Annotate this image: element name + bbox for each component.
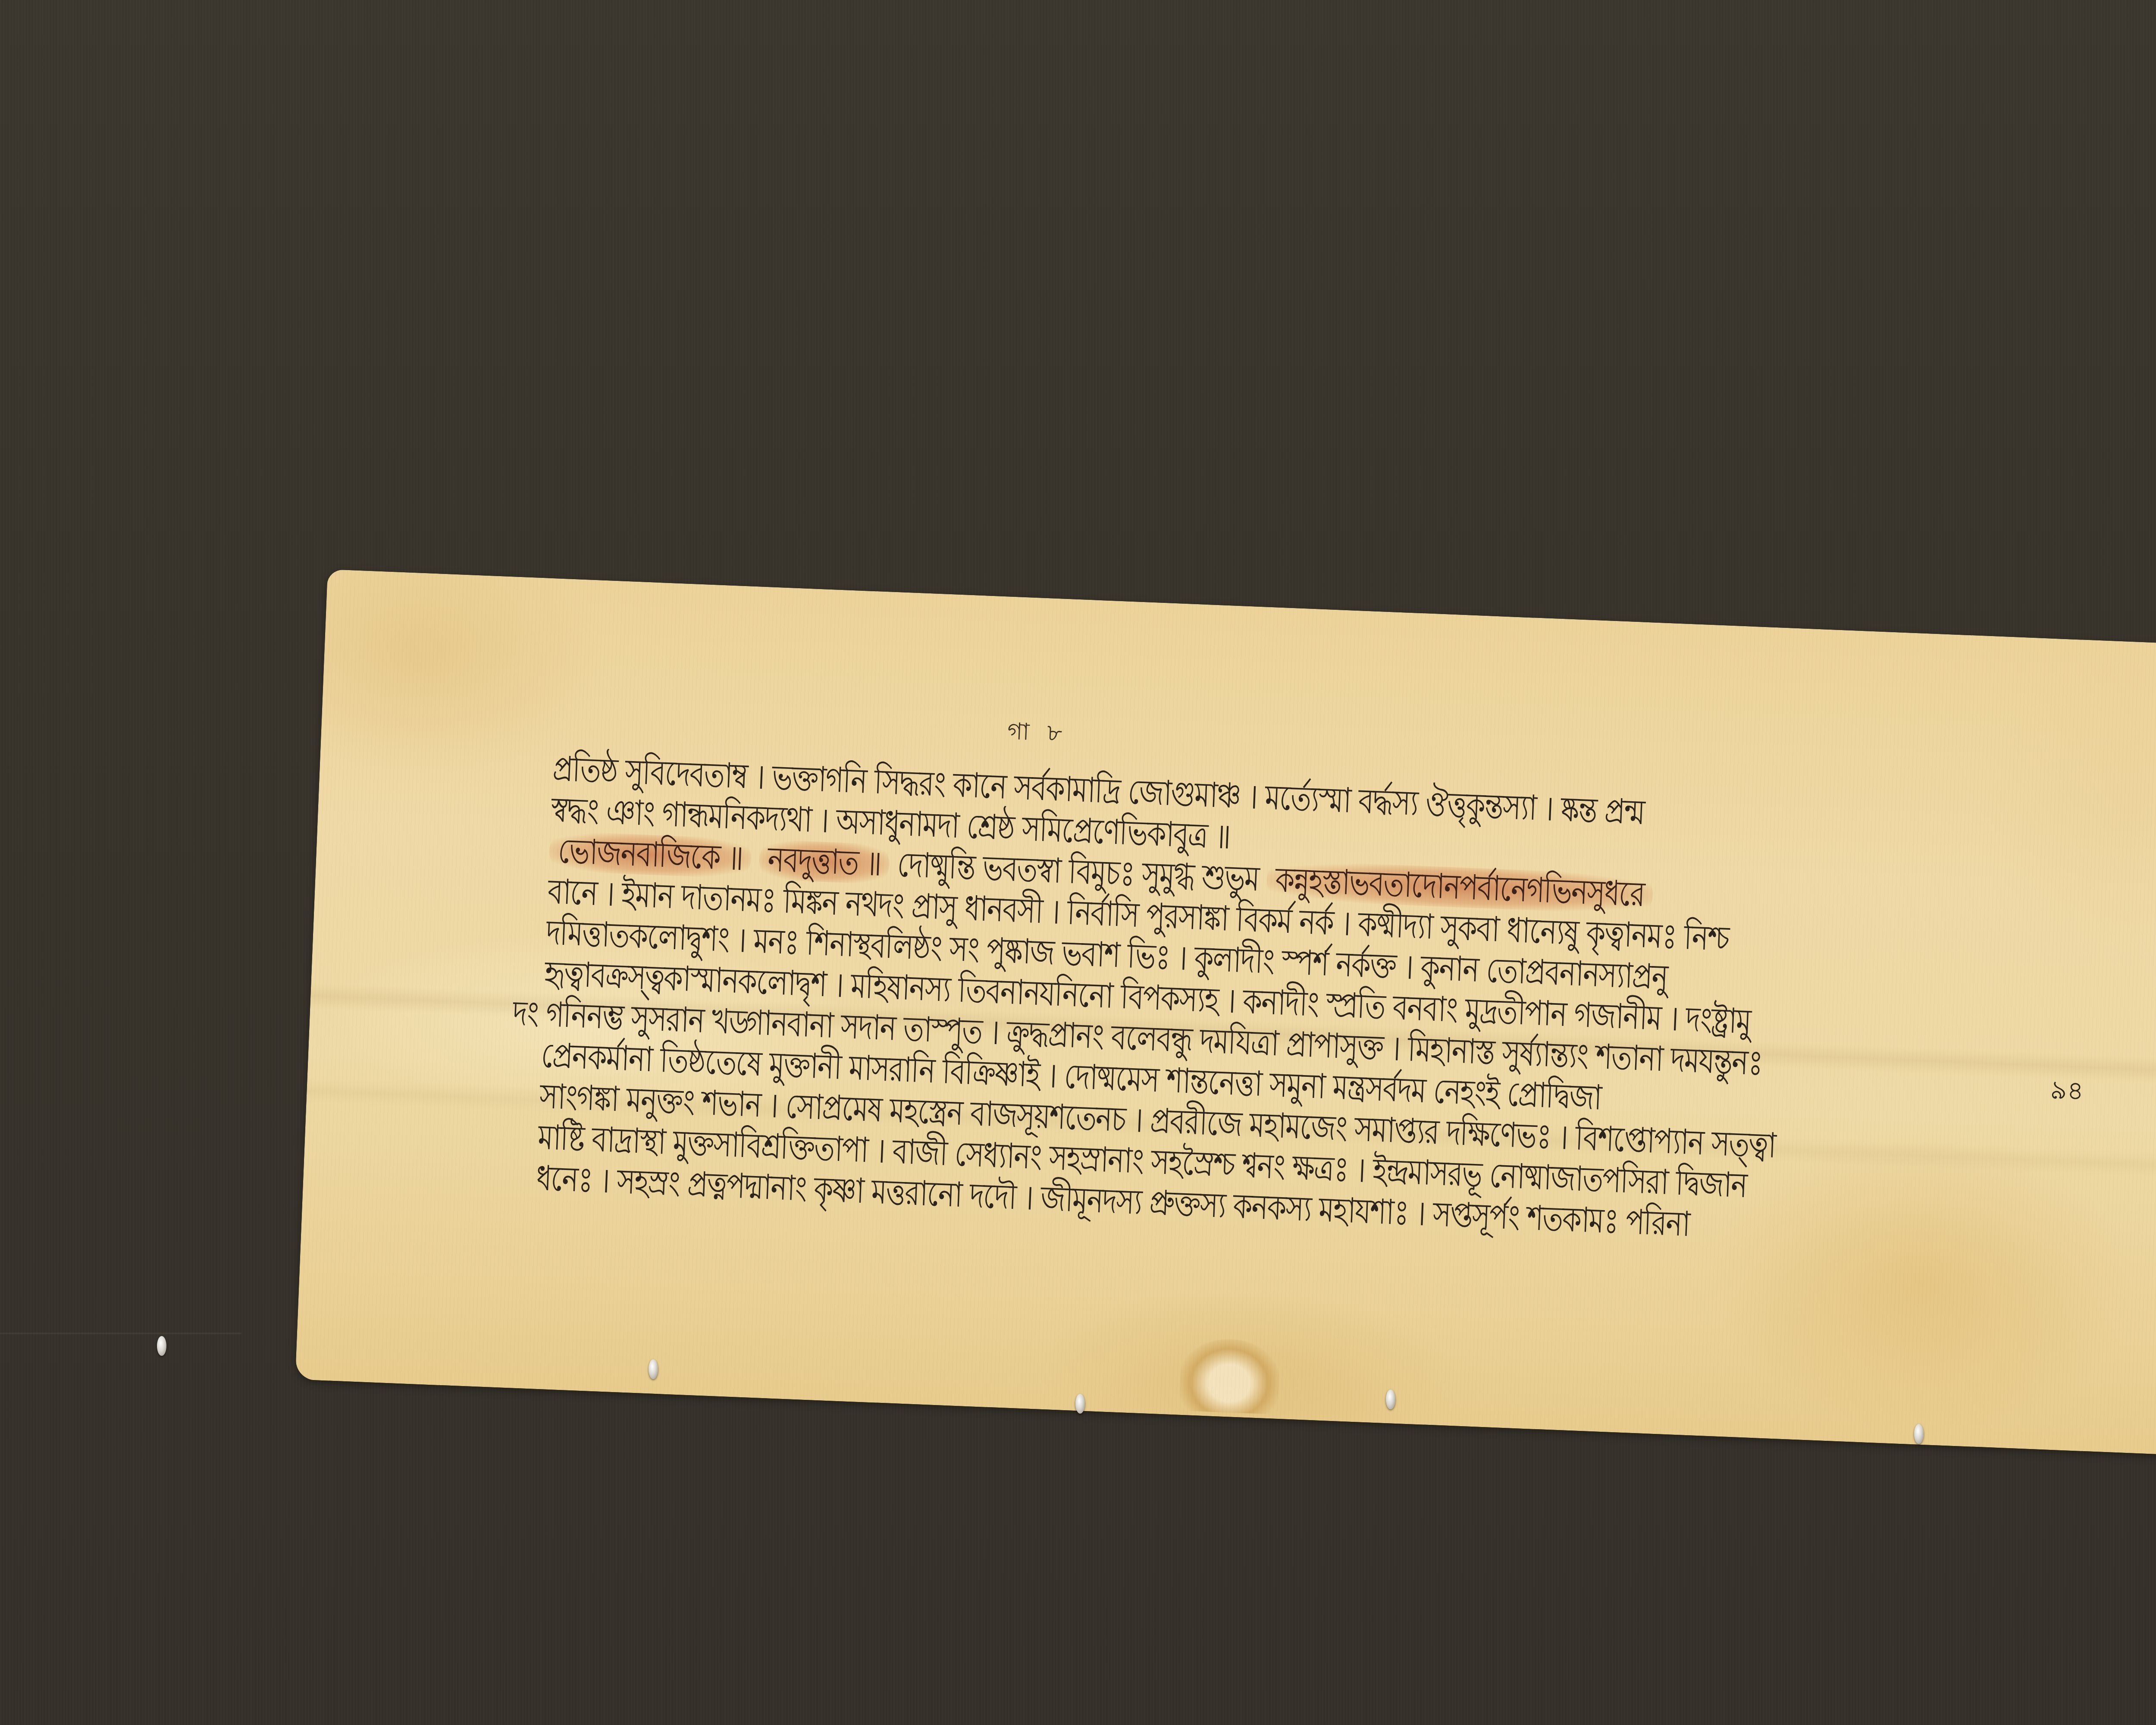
manuscript-leaf: গা ৮ ৯৪ প্রতিষ্ঠ সুবিদেবতাম্ব । ভক্তাগনি… (295, 569, 2156, 1456)
board-seam-line (0, 1333, 241, 1334)
mounting-pin (1914, 1424, 1924, 1444)
line-text (750, 839, 760, 879)
folio-number: ৯৪ (2049, 1070, 2085, 1114)
mounting-pin (157, 1336, 166, 1356)
water-stain (1178, 1337, 1281, 1414)
mounting-pin (1386, 1389, 1395, 1409)
page-label: গা ৮ (1006, 713, 1068, 755)
mounting-pin (649, 1359, 658, 1379)
mounting-pin (1075, 1394, 1085, 1414)
manuscript-text-block: প্রতিষ্ঠ সুবিদেবতাম্ব । ভক্তাগনি সিদ্ধরং… (536, 749, 2036, 1258)
